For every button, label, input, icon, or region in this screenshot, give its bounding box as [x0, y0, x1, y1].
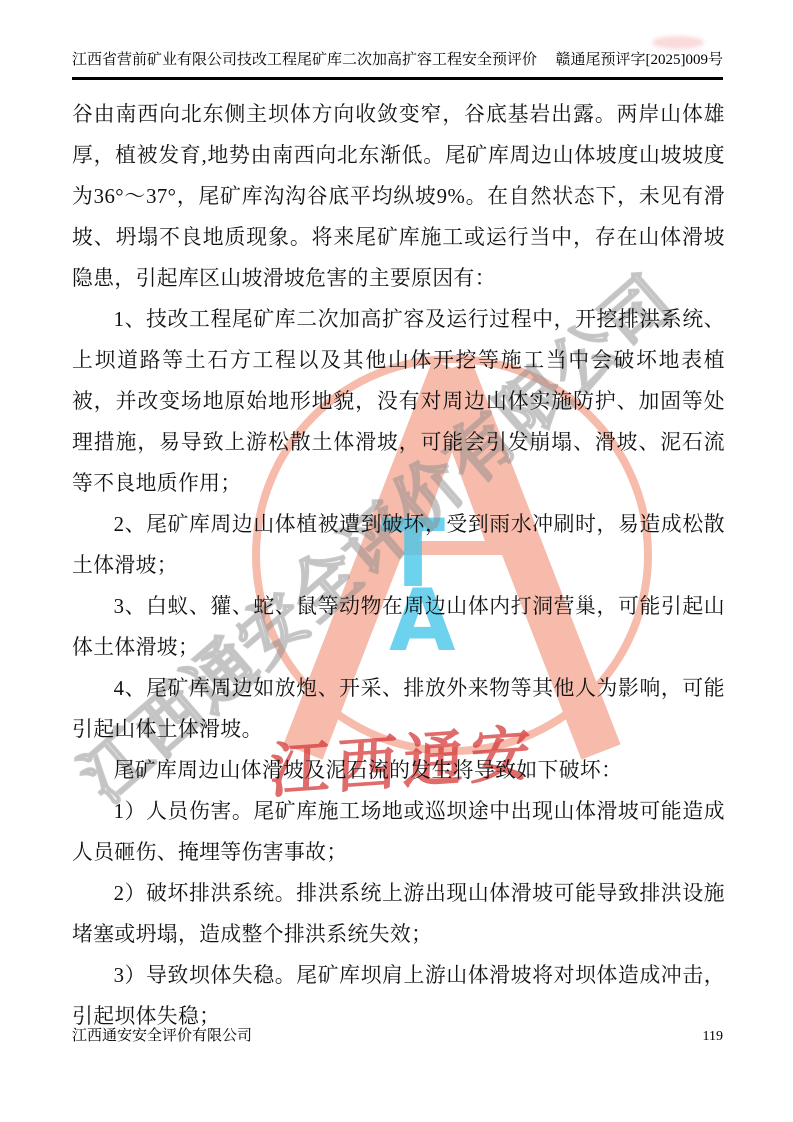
body-paragraph: 1）人员伤害。尾矿库施工场地或巡坝途中出现山体滑坡可能造成人员砸伤、掩埋等伤害事…: [72, 791, 725, 873]
body-paragraph: 3、白蚁、獾、蛇、鼠等动物在周边山体内打洞营巢，可能引起山体土体滑坡；: [72, 586, 725, 668]
header-doc-number: 赣通尾预评字[2025]009号: [556, 50, 724, 70]
body-paragraph: 1、技改工程尾矿库二次加高扩容及运行过程中，开挖排洪系统、上坝道路等土石方工程以…: [72, 299, 725, 504]
body-paragraph: 尾矿库周边山体滑坡及泥石流的发生将导致如下破坏：: [72, 750, 725, 791]
body-paragraph: 谷由南西向北东侧主坝体方向收敛变窄，谷底基岩出露。两岸山体雄厚，植被发育,地势由…: [72, 94, 725, 299]
footer-company-name: 江西通安安全评价有限公司: [72, 1024, 252, 1045]
footer-page-number: 119: [703, 1029, 723, 1045]
body-paragraph: 4、尾矿库周边如放炮、开采、排放外来物等其他人为影响，可能引起山体土体滑坡。: [72, 668, 725, 750]
pink-smudge-mark: [652, 36, 704, 49]
header-report-title: 江西省营前矿业有限公司技改工程尾矿库二次加高扩容工程安全预评价: [72, 50, 537, 70]
page-header: 江西省营前矿业有限公司技改工程尾矿库二次加高扩容工程安全预评价 赣通尾预评字[2…: [72, 50, 723, 80]
body-paragraph: 2、尾矿库周边山体植被遭到破坏，受到雨水冲刷时，易造成松散土体滑坡；: [72, 504, 725, 586]
body-text-block: 谷由南西向北东侧主坝体方向收敛变窄，谷底基岩出露。两岸山体雄厚，植被发育,地势由…: [72, 94, 725, 1037]
page-footer: 江西通安安全评价有限公司 119: [72, 1024, 723, 1045]
document-page: { "header": { "left_title": "江西省营前矿业有限公司…: [0, 0, 793, 1122]
body-paragraph: 2）破坏排洪系统。排洪系统上游出现山体滑坡可能导致排洪设施堵塞或坍塌，造成整个排…: [72, 873, 725, 955]
